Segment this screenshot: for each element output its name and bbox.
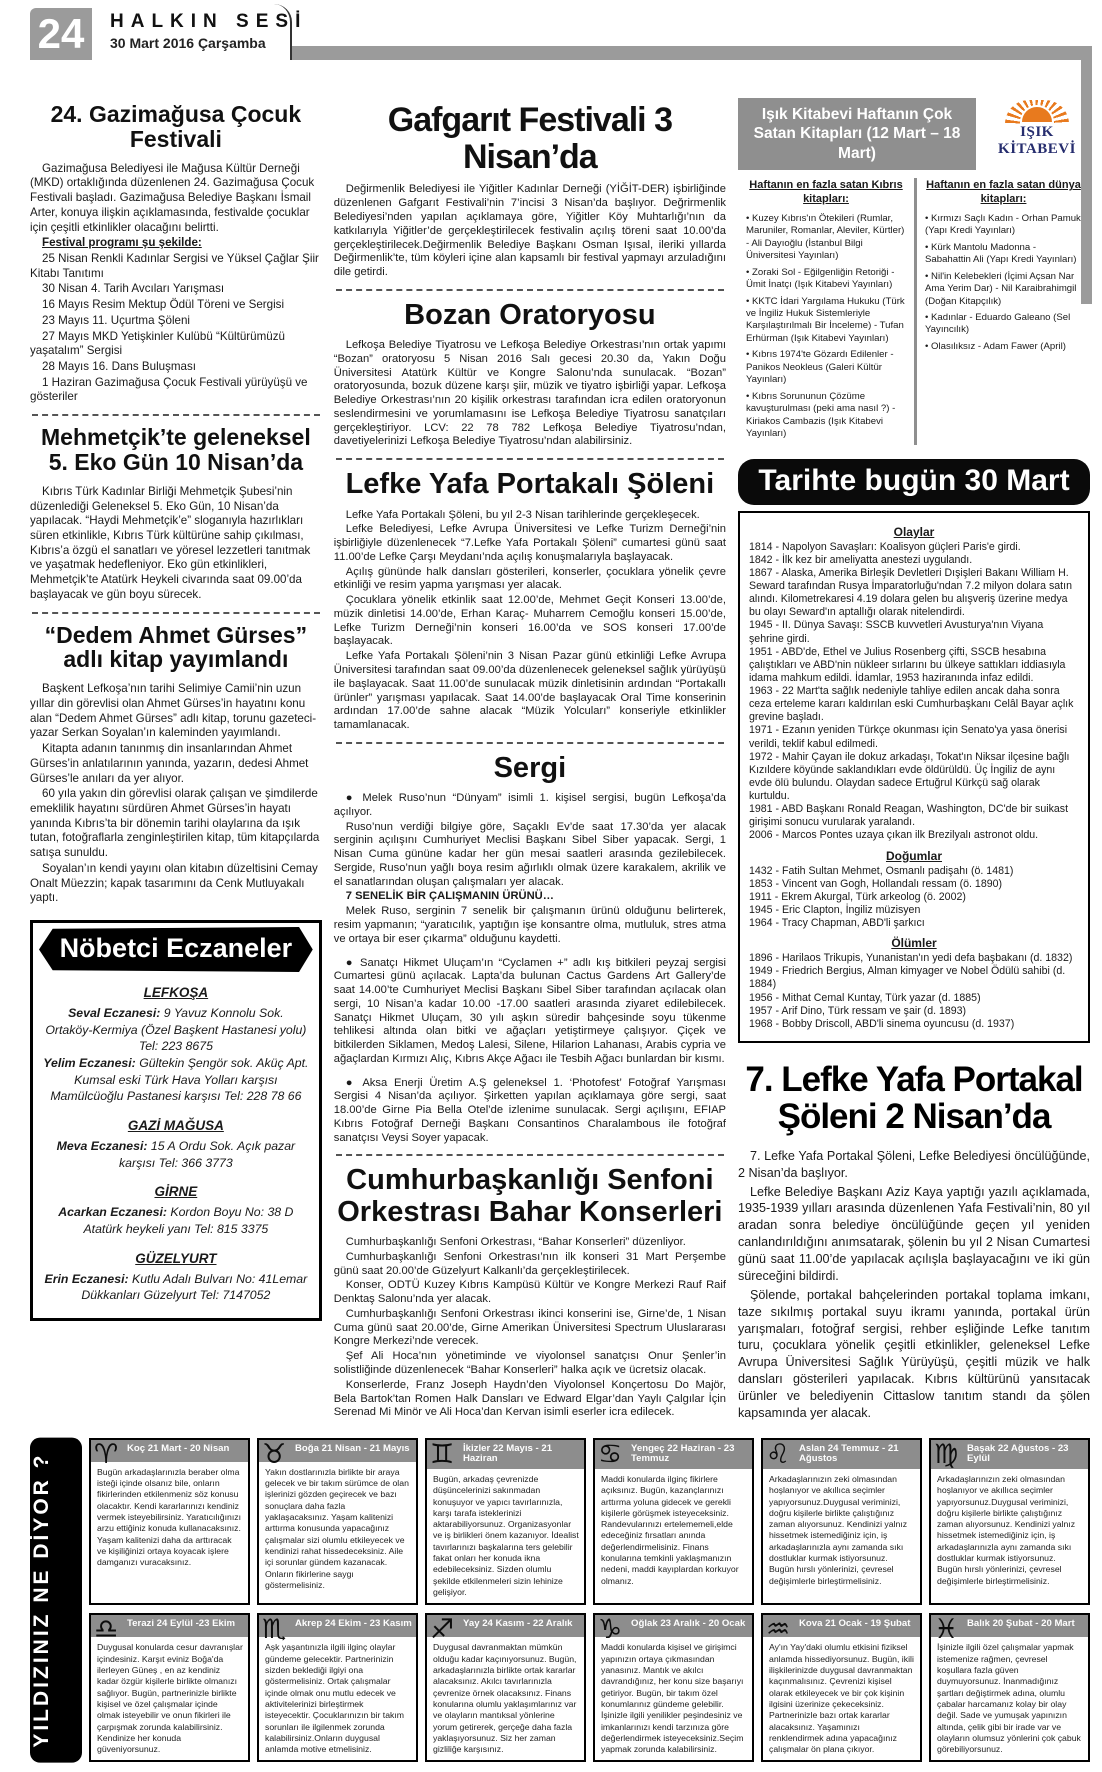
history-item: 1964 - Tracy Chapman, ABD'li şarkıcı bbox=[749, 917, 1079, 930]
dashed-separator bbox=[336, 742, 724, 744]
article-title: Mehmetçik’te geleneksel 5. Eko Gün 10 Ni… bbox=[30, 425, 322, 475]
newspaper-page: 24 HALKIN SESİ 30 Mart 2016 Çarşamba 24.… bbox=[0, 0, 1102, 1772]
paper-name: HALKIN SESİ bbox=[110, 11, 280, 33]
logo-text: IŞIK KİTABEVİ bbox=[984, 124, 1090, 158]
isik-kitabevi-logo: IŞIK KİTABEVİ bbox=[984, 98, 1090, 170]
book-item: • Kadınlar - Eduardo Galeano (Sel Yayınc… bbox=[925, 312, 1082, 337]
dashed-separator bbox=[32, 612, 320, 614]
pharmacy-entry: Erin Eczanesi: Kutlu Adalı Bulvarı No: 4… bbox=[43, 1271, 309, 1304]
right-edge-rule bbox=[1081, 46, 1092, 304]
zodiac-text: Maddi konularda ilginç fikirlere açıksın… bbox=[595, 1469, 752, 1592]
paragraph: 16 Mayıs Resim Mektup Ödül Töreni ve Ser… bbox=[30, 298, 322, 313]
pharmacy-entry: Meva Eczanesi: 15 A Ordu Sok. Açık pazar… bbox=[43, 1138, 309, 1171]
article-title: Sergi bbox=[334, 753, 726, 784]
zodiac-icon: ♍ bbox=[934, 1440, 958, 1470]
article-dedem-ahmet-gurses: “Dedem Ahmet Gürses” adlı kitap yayımlan… bbox=[30, 623, 322, 906]
dashed-separator bbox=[336, 1154, 724, 1156]
article-body: Lefkoşa Belediye Tiyatrosu ve Lefkoşa Be… bbox=[334, 339, 726, 449]
paragraph: Lefke Yafa Portakalı Şöleni’nin 3 Nisan … bbox=[334, 650, 726, 733]
zodiac-box: ♓ Balık 20 Şubat - 20 Mart İşinizle ilgi… bbox=[929, 1613, 1090, 1762]
paragraph: Soyalan’ın kendi yayını olan kitabın düz… bbox=[30, 862, 322, 906]
paragraph: Cumhurbaşkanlığı Senfoni Orkestrası’nın … bbox=[334, 1251, 726, 1279]
article-body: Başkent Lefkoşa’nın tarihi Selimiye Cami… bbox=[30, 682, 322, 906]
zodiac-text: Bugün arkadaşlarınızla beraber olma iste… bbox=[91, 1462, 248, 1574]
paragraph: Melek Ruso, serginin 7 senelik bir çalış… bbox=[334, 905, 726, 946]
article-body: 7. Lefke Yafa Portakal Şöleni, Lefke Bel… bbox=[738, 1148, 1090, 1422]
duty-pharmacies-title: Nöbetci Eczaneler bbox=[39, 927, 313, 972]
zodiac-icon: ♏ bbox=[262, 1615, 286, 1645]
cyprus-books-list: Haftanın en fazla satan Kıbrıs kitapları… bbox=[738, 178, 914, 445]
pharmacy-name: Acarkan Eczanesi: bbox=[58, 1205, 167, 1219]
duty-pharmacies-list: LEFKOŞA Seval Eczanesi: 9 Yavuz Konnolu … bbox=[43, 984, 309, 1304]
zodiac-text: Maddi konularda kişisel ve girişimci yap… bbox=[595, 1637, 752, 1760]
paragraph: Şef Ali Hoca’nın yönetiminde ve viyolons… bbox=[334, 1350, 726, 1378]
zodiac-box: ♌ Aslan 24 Temmuz - 21 Ağustos Arkadaşla… bbox=[761, 1438, 922, 1606]
paragraph: 60 yıla yakın din görevlisi olarak çalış… bbox=[30, 787, 322, 861]
duty-pharmacies-box: Nöbetci Eczaneler LEFKOŞA Seval Eczanesi… bbox=[30, 920, 322, 1321]
history-item: 1971 - Ezanın yeniden Türkçe okunması iç… bbox=[749, 724, 1079, 750]
zodiac-box: ♐ Yay 24 Kasım - 22 Aralık Duygusal davr… bbox=[425, 1613, 586, 1762]
dashed-separator bbox=[336, 289, 724, 291]
zodiac-box: ♒ Kova 21 Ocak - 19 Şubat Ay'ın Yay'daki… bbox=[761, 1613, 922, 1762]
zodiac-box: ♉ Boğa 21 Nisan - 21 Mayıs Yakın dostlar… bbox=[257, 1438, 418, 1606]
history-item: 2006 - Marcos Pontes uzaya çıkan ilk Bre… bbox=[749, 829, 1079, 842]
paragraph: Değirmenlik Belediyesi ile Yiğitler Kadı… bbox=[334, 183, 726, 279]
article-sergi: Sergi ● Melek Ruso’nun “Dünyam” isimli 1… bbox=[334, 753, 726, 1146]
paragraph: 28 Mayıs 16. Dans Buluşması bbox=[30, 360, 322, 375]
book-item: • Kürk Mantolu Madonna - Sabahattin Ali … bbox=[925, 242, 1082, 267]
zodiac-icon: ♋ bbox=[598, 1440, 622, 1470]
paragraph: Kıbrıs Türk Kadınlar Birliği Mehmetçik Ş… bbox=[30, 485, 322, 603]
history-item: 1945 - Eric Clapton, İngiliz müzisyen bbox=[749, 904, 1079, 917]
book-item: • KKTC İdari Yargılama Hukuku (Türk ve İ… bbox=[746, 296, 906, 346]
article-title: Lefke Yafa Portakalı Şöleni bbox=[334, 469, 726, 500]
history-section-heading: Olaylar bbox=[749, 525, 1079, 539]
issue-date: 30 Mart 2016 Çarşamba bbox=[110, 35, 280, 51]
zodiac-text: İşinizle ilgili özel çalışmalar yapmak i… bbox=[931, 1637, 1088, 1760]
book-item: • Zoraki Sol - Eğilgenliğin Retoriği - Ü… bbox=[746, 267, 906, 292]
horoscope-strip: YILDIZINIZ NE DİYOR ? ♈ Koç 21 Mart - 20… bbox=[0, 1424, 1102, 1772]
pharmacy-name: Meva Eczanesi: bbox=[57, 1139, 148, 1153]
article-title: Bozan Oratoryosu bbox=[334, 300, 726, 331]
history-item: 1981 - ABD Başkanı Ronald Reagan, Washin… bbox=[749, 803, 1079, 829]
article-lefke-yafa-portakali-soleni: Lefke Yafa Portakalı Şöleni Lefke Yafa P… bbox=[334, 469, 726, 733]
paragraph: 7 SENELİK BİR ÇALIŞMANIN ÜRÜNÜ… bbox=[334, 890, 726, 904]
zodiac-text: Bugün, arkadaş çevrenizde düşünceleriniz… bbox=[427, 1469, 584, 1603]
paragraph: Lefke Yafa Portakalı Şöleni, bu yıl 2-3 … bbox=[334, 509, 726, 523]
sunburst-icon bbox=[1005, 100, 1069, 124]
article-body: Lefke Yafa Portakalı Şöleni, bu yıl 2-3 … bbox=[334, 509, 726, 733]
pharmacy-name: Yelim Eczanesi: bbox=[43, 1056, 136, 1070]
zodiac-icon: ♎ bbox=[94, 1615, 118, 1645]
history-item: 1853 - Vincent van Gogh, Hollandalı ress… bbox=[749, 878, 1079, 891]
pharmacy-city: LEFKOŞA bbox=[43, 984, 309, 1002]
paragraph: Kitapta adanın tanınmış din insanlarında… bbox=[30, 742, 322, 786]
paragraph: ● Aksa Enerji Üretim A.Ş geleneksel 1. ‘… bbox=[334, 1077, 726, 1146]
list-heading: Haftanın en fazla satan dünya kitapları: bbox=[925, 178, 1082, 207]
article-eko-gun: Mehmetçik’te geleneksel 5. Eko Gün 10 Ni… bbox=[30, 425, 322, 602]
pharmacy-entry: Yelim Eczanesi: Gültekin Şengör sok. Akü… bbox=[43, 1055, 309, 1105]
paragraph: Festival programı şu şekilde: bbox=[30, 236, 322, 251]
article-title: Gafgarıt Festivali 3 Nisan’da bbox=[334, 102, 726, 175]
masthead: 24 HALKIN SESİ 30 Mart 2016 Çarşamba bbox=[0, 0, 1102, 72]
zodiac-icon: ♌ bbox=[766, 1440, 790, 1470]
paragraph: Şölende, portakal bahçelerinden portakal… bbox=[738, 1287, 1090, 1422]
paragraph: Ruso’nun verdiği bilgiye göre, Saçaklı E… bbox=[334, 821, 726, 890]
book-item: • Kuzey Kıbrıs'ın Ötekileri (Rumlar, Mar… bbox=[746, 213, 906, 263]
zodiac-box: ♊ İkizler 22 Mayıs - 21 Haziran Bugün, a… bbox=[425, 1438, 586, 1606]
zodiac-icon: ♓ bbox=[934, 1615, 958, 1645]
paragraph: Konserlerde, Franz Joseph Haydn’den Viyo… bbox=[334, 1379, 726, 1420]
book-item: • Nil'in Kelebekleri (İçimi Açsan Nar Am… bbox=[925, 271, 1082, 308]
article-body: Cumhurbaşkanlığı Senfoni Orkestrası, “Ba… bbox=[334, 1236, 726, 1420]
pharmacy-city: GİRNE bbox=[43, 1183, 309, 1201]
dashed-separator bbox=[32, 414, 320, 416]
book-item: • Kıbrıs 1974'te Gözardı Edilenler - Pan… bbox=[746, 349, 906, 386]
paragraph: Konser, ODTÜ Kuzey Kıbrıs Kampüsü Kültür… bbox=[334, 1279, 726, 1307]
history-item: 1432 - Fatih Sultan Mehmet, Osmanlı padi… bbox=[749, 865, 1079, 878]
zodiac-text: Ay'ın Yay'daki olumlu etkisini fiziksel … bbox=[763, 1637, 920, 1760]
history-item: 1896 - Harilaos Trikupis, Yunanistan'ın … bbox=[749, 952, 1079, 965]
article-bozan-oratoryosu: Bozan Oratoryosu Lefkoşa Belediye Tiyatr… bbox=[334, 300, 726, 449]
zodiac-box: ♈ Koç 21 Mart - 20 Nisan Bugün arkadaşla… bbox=[89, 1438, 250, 1606]
zodiac-box: ♋ Yengeç 22 Haziran - 23 Temmuz Maddi ko… bbox=[593, 1438, 754, 1606]
paragraph: 30 Nisan 4. Tarih Avcıları Yarışması bbox=[30, 282, 322, 297]
paragraph: Lefke Belediyesi, Lefke Avrupa Üniversit… bbox=[334, 523, 726, 564]
world-books-list: Haftanın en fazla satan dünya kitapları:… bbox=[914, 178, 1090, 445]
paragraph: Lefkoşa Belediye Tiyatrosu ve Lefkoşa Be… bbox=[334, 339, 726, 449]
zodiac-box: ♑ Oğlak 23 Aralık - 20 Ocak Maddi konula… bbox=[593, 1613, 754, 1762]
history-item: 1968 - Bobby Driscoll, ABD'li sinema oyu… bbox=[749, 1018, 1079, 1031]
bestsellers-header: Işık Kitabevi Haftanın Çok Satan Kitapla… bbox=[738, 98, 1090, 170]
today-in-history-box: Olaylar 1814 - Napolyon Savaşları: Koali… bbox=[738, 511, 1090, 1043]
bestseller-lists: Haftanın en fazla satan Kıbrıs kitapları… bbox=[738, 178, 1090, 445]
history-item: 1957 - Arif Dino, Türk ressam ve şair (d… bbox=[749, 1005, 1079, 1018]
pharmacy-entry: Seval Eczanesi: 9 Yavuz Konnolu Sok. Ort… bbox=[43, 1005, 309, 1055]
history-item: 1867 - Alaska, Amerika Birleşik Devletle… bbox=[749, 567, 1079, 620]
zodiac-icon: ♐ bbox=[430, 1615, 454, 1645]
history-section-heading: Doğumlar bbox=[749, 849, 1079, 863]
pharmacy-name: Seval Eczanesi: bbox=[68, 1006, 160, 1020]
pharmacy-city: GAZİ MAĞUSA bbox=[43, 1117, 309, 1135]
article-body: ● Melek Ruso’nun “Dünyam” isimli 1. kişi… bbox=[334, 792, 726, 1145]
paragraph: 25 Nisan Renkli Kadınlar Sergisi ve Yüks… bbox=[30, 252, 322, 281]
article-title: 7. Lefke Yafa Portakal Şöleni 2 Nisan’da bbox=[738, 1061, 1090, 1136]
zodiac-icon: ♑ bbox=[598, 1615, 622, 1645]
pharmacy-entry: Acarkan Eczanesi: Kordon Boyu No: 38 D A… bbox=[43, 1204, 309, 1237]
article-title: 24. Gazimağusa Çocuk Festivali bbox=[30, 102, 322, 152]
article-title: “Dedem Ahmet Gürses” adlı kitap yayımlan… bbox=[30, 623, 322, 673]
article-gafgarit-festivali: Gafgarıt Festivali 3 Nisan’da Değirmenli… bbox=[334, 102, 726, 280]
history-section-heading: Ölümler bbox=[749, 936, 1079, 950]
left-column: 24. Gazimağusa Çocuk Festivali Gazimağus… bbox=[30, 98, 322, 1321]
article-title: Cumhurbaşkanlığı Senfoni Orkestrası Baha… bbox=[334, 1165, 726, 1228]
paragraph: ● Sanatçı Hikmet Uluçam’ın “Cyclamen +” … bbox=[334, 957, 726, 1067]
article-body: Değirmenlik Belediyesi ile Yiğitler Kadı… bbox=[334, 183, 726, 279]
pharmacy-city: GÜZELYURT bbox=[43, 1250, 309, 1268]
horoscope-strip-title: YILDIZINIZ NE DİYOR ? bbox=[30, 1438, 82, 1763]
history-item: 1956 - Mithat Cemal Kuntay, Türk yazar (… bbox=[749, 992, 1079, 1005]
page-number: 24 bbox=[30, 8, 92, 60]
list-heading: Haftanın en fazla satan Kıbrıs kitapları… bbox=[746, 178, 906, 207]
zodiac-text: Duygusal konularda cesur davranışlar içi… bbox=[91, 1637, 248, 1760]
zodiac-icon: ♉ bbox=[262, 1440, 286, 1470]
zodiac-icon: ♊ bbox=[430, 1440, 454, 1470]
book-item: • Kırmızı Saçlı Kadın - Orhan Pamuk (Yap… bbox=[925, 213, 1082, 238]
paragraph: Başkent Lefkoşa’nın tarihi Selimiye Cami… bbox=[30, 682, 322, 741]
zodiac-icon: ♈ bbox=[94, 1440, 118, 1470]
zodiac-text: Arkadaşlarınızın zeki olmasından hoşlanı… bbox=[763, 1469, 920, 1592]
article-gazimagusa-cocuk-festivali: 24. Gazimağusa Çocuk Festivali Gazimağus… bbox=[30, 102, 322, 405]
right-column: Işık Kitabevi Haftanın Çok Satan Kitapla… bbox=[738, 98, 1090, 1424]
paragraph: ● Melek Ruso’nun “Dünyam” isimli 1. kişi… bbox=[334, 792, 726, 820]
paragraph: 23 Mayıs 11. Uçurtma Şöleni bbox=[30, 314, 322, 329]
paragraph: Lefke Belediye Başkanı Aziz Kaya yaptığı… bbox=[738, 1184, 1090, 1285]
history-item: 1949 - Friedrich Bergius, Alman kimyager… bbox=[749, 965, 1079, 991]
history-item: 1911 - Ekrem Akurgal, Türk arkeolog (ö. … bbox=[749, 891, 1079, 904]
history-item: 1842 - İlk kez bir ameliyatta anestezi u… bbox=[749, 554, 1079, 567]
article-lefke-yafa-portakal-soleni-2-nisan: 7. Lefke Yafa Portakal Şöleni 2 Nisan’da… bbox=[738, 1061, 1090, 1422]
bestsellers-banner: Işık Kitabevi Haftanın Çok Satan Kitapla… bbox=[738, 98, 976, 170]
history-item: 1814 - Napolyon Savaşları: Koalisyon güç… bbox=[749, 541, 1079, 554]
paragraph: Açılış gününde halk dansları gösterileri… bbox=[334, 566, 726, 594]
article-body: Gazimağusa Belediyesi ile Mağusa Kültür … bbox=[30, 162, 322, 406]
zodiac-text: Aşk yaşantınızla ilgili ilginç olaylar g… bbox=[259, 1637, 416, 1760]
paragraph: 1 Haziran Gazimağusa Çocuk Festivali yür… bbox=[30, 376, 322, 405]
zodiac-box: ♍ Başak 22 Ağustos - 23 Eylül Arkadaşlar… bbox=[929, 1438, 1090, 1606]
zodiac-icon: ♒ bbox=[766, 1615, 790, 1645]
zodiac-text: Duygusal davranmaktan mümkün olduğu kada… bbox=[427, 1637, 584, 1760]
zodiac-box: ♏ Akrep 24 Ekim - 23 Kasım Aşk yaşantını… bbox=[257, 1613, 418, 1762]
zodiac-grid: ♈ Koç 21 Mart - 20 Nisan Bugün arkadaşla… bbox=[89, 1438, 1090, 1763]
zodiac-text: Yakın dostlarınızla birlikte bir araya g… bbox=[259, 1462, 416, 1596]
paragraph: Cumhurbaşkanlığı Senfoni Orkestrası, “Ba… bbox=[334, 1236, 726, 1250]
paragraph: 7. Lefke Yafa Portakal Şöleni, Lefke Bel… bbox=[738, 1148, 1090, 1182]
dashed-separator bbox=[336, 458, 724, 460]
masthead-panel: HALKIN SESİ 30 Mart 2016 Çarşamba bbox=[92, 4, 292, 60]
paragraph: Çocuklara yönelik etkinlik saat 12.00’de… bbox=[334, 594, 726, 649]
paragraph: Cumhurbaşkanlığı Senfoni Orkestrası ikin… bbox=[334, 1308, 726, 1349]
article-body: Kıbrıs Türk Kadınlar Birliği Mehmetçik Ş… bbox=[30, 485, 322, 603]
paragraph: 27 Mayıs MKD Yetişkinler Kulübü “Kültürü… bbox=[30, 330, 322, 359]
pharmacy-name: Erin Eczanesi: bbox=[45, 1272, 129, 1286]
today-in-history-banner: Tarihte bugün 30 Mart bbox=[738, 459, 1090, 505]
history-item: 1963 - 22 Mart'ta sağlık nedeniyle tahli… bbox=[749, 685, 1079, 724]
zodiac-box: ♎ Terazi 24 Eylül -23 Ekim Duygusal konu… bbox=[89, 1613, 250, 1762]
paragraph: Gazimağusa Belediyesi ile Mağusa Kültür … bbox=[30, 162, 322, 236]
history-item: 1972 - Mahir Çayan ile dokuz arkadaşı, T… bbox=[749, 751, 1079, 804]
history-item: 1945 - II. Dünya Savaşı: SSCB kuvvetleri… bbox=[749, 619, 1079, 645]
book-item: • Olasılıksız - Adam Fawer (April) bbox=[925, 341, 1082, 353]
book-item: • Kıbrıs Sorununun Çözüme kavuşturulması… bbox=[746, 391, 906, 441]
zodiac-text: Arkadaşlarınızın zeki olmasından hoşlanı… bbox=[931, 1469, 1088, 1592]
history-item: 1951 - ABD'de, Ethel ve Julius Rosenberg… bbox=[749, 646, 1079, 685]
middle-column: Gafgarıt Festivali 3 Nisan’da Değirmenli… bbox=[334, 98, 726, 1421]
article-senfoni-bahar-konserleri: Cumhurbaşkanlığı Senfoni Orkestrası Baha… bbox=[334, 1165, 726, 1420]
